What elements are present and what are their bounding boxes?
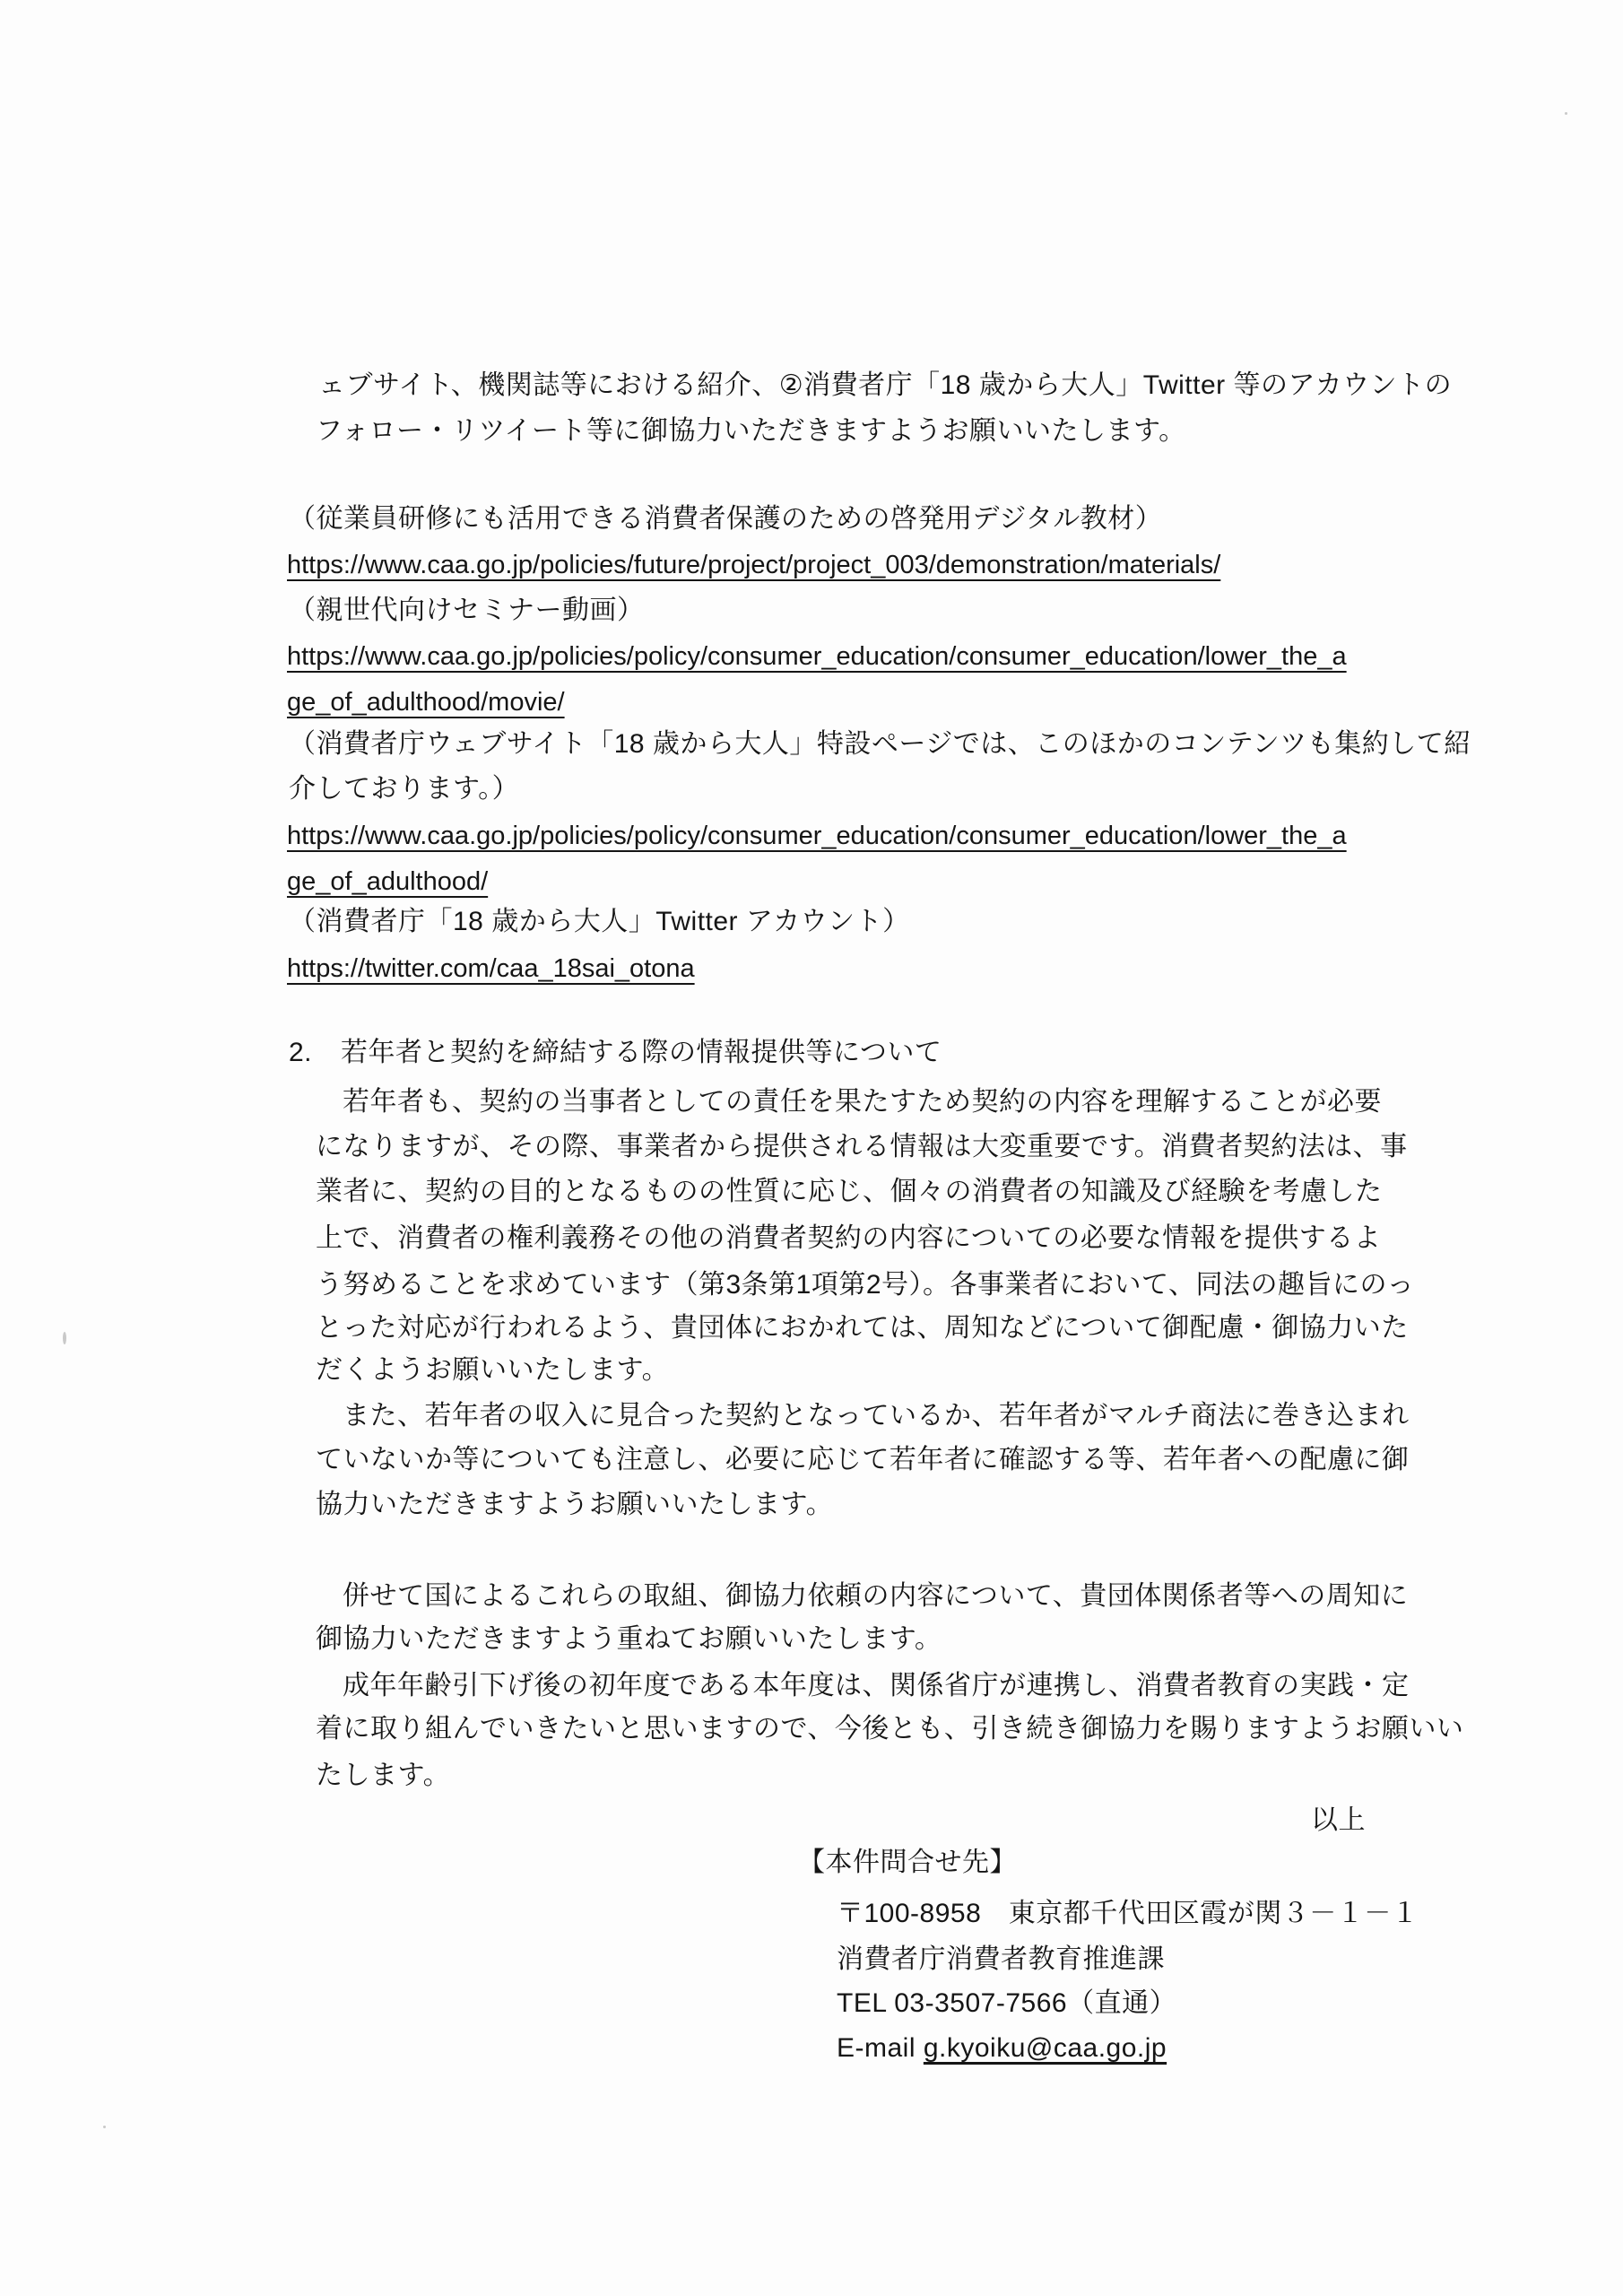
closing-line: 着に取り組んでいきたいと思いますので、今後とも、引き続き御協力を賜りますようお願…	[316, 1709, 1463, 1749]
body-line: だくようお願いいたします。	[316, 1351, 669, 1390]
contact-email-link[interactable]: g.kyoiku@caa.go.jp	[924, 2033, 1167, 2063]
resource-url-link[interactable]: ge_of_adulthood/movie/	[287, 683, 565, 722]
contact-tel: TEL 03-3507-7566（直通）	[837, 1984, 1176, 2023]
closing-line: 併せて国によるこれらの取組、御協力依頼の内容について、貴団体関係者等への周知に	[343, 1577, 1408, 1616]
body-line: 業者に、契約の目的となるものの性質に応じ、個々の消費者の知識及び経験を考慮した	[316, 1172, 1383, 1212]
scan-artifact	[1565, 112, 1567, 115]
body-line: 上で、消費者の権利義務その他の消費者契約の内容についての必要な情報を提供するよ	[316, 1219, 1381, 1258]
closing-line: 御協力いただきますよう重ねてお願いいたします。	[316, 1620, 942, 1659]
contact-department: 消費者庁消費者教育推進課	[837, 1940, 1165, 1979]
scanned-letter-page: ェブサイト、機関誌等における紹介、②消費者庁「18 歳から大人」Twitter …	[0, 0, 1623, 2296]
resource-url-link[interactable]: https://www.caa.go.jp/policies/policy/co…	[287, 816, 1347, 856]
section-number: 2.	[289, 1033, 312, 1073]
resource-label: （従業員研修にも活用できる消費者保護のための啓発用デジタル教材）	[289, 500, 1162, 539]
resource-url-link[interactable]: https://twitter.com/caa_18sai_otona	[287, 949, 695, 988]
contact-email-line: E-mail g.kyoiku@caa.go.jp	[837, 2029, 1167, 2068]
body-line: 協力いただきますようお願いいたします。	[316, 1485, 833, 1525]
resource-url-link[interactable]: ge_of_adulthood/	[287, 862, 488, 901]
closing-line: たします。	[316, 1756, 450, 1796]
contact-address: 〒100-8958 東京都千代田区霞が関３－１－１	[837, 1894, 1419, 1934]
scan-artifact	[63, 1332, 66, 1344]
resource-label: （消費者庁ウェブサイト「18 歳から大人」特設ページでは、このほかのコンテンツも…	[289, 725, 1471, 764]
resource-label: （消費者庁「18 歳から大人」Twitter アカウント）	[289, 902, 910, 942]
intro-line: フォロー・リツイート等に御協力いただきますようお願いいたします。	[316, 412, 1186, 451]
body-line: ていないか等についても注意し、必要に応じて若年者に確認する等、若年者への配慮に御	[316, 1440, 1409, 1480]
resource-label: 介しております。）	[289, 770, 519, 809]
section-title: 若年者と契約を締結する際の情報提供等について	[341, 1033, 942, 1073]
resource-url-link[interactable]: https://www.caa.go.jp/policies/policy/co…	[287, 637, 1347, 676]
closing-line: 成年年齢引下げ後の初年度である本年度は、関係省庁が連携し、消費者教育の実践・定	[343, 1666, 1410, 1706]
body-line: になりますが、その際、事業者から提供される情報は大変重要です。消費者契約法は、事	[316, 1127, 1408, 1167]
resource-label: （親世代向けセミナー動画）	[289, 591, 645, 631]
body-line: とった対応が行われるよう、貴団体におかれては、周知などについて御配慮・御協力いた	[316, 1309, 1409, 1348]
intro-line: ェブサイト、機関誌等における紹介、②消費者庁「18 歳から大人」Twitter …	[318, 366, 1452, 405]
body-line: また、若年者の収入に見合った契約となっているか、若年者がマルチ商法に巻き込まれ	[343, 1396, 1410, 1436]
scan-artifact	[103, 2126, 106, 2128]
body-line: う努めることを求めています（第3条第1項第2号）。各事業者において、同法の趣旨に…	[316, 1265, 1414, 1305]
body-line: 若年者も、契約の当事者としての責任を果たすため契約の内容を理解することが必要	[343, 1083, 1382, 1122]
contact-heading: 【本件問合せ先】	[798, 1843, 1017, 1883]
contact-email-label: E-mail	[837, 2033, 924, 2063]
sign-off: 以上	[1311, 1801, 1366, 1840]
resource-url-link[interactable]: https://www.caa.go.jp/policies/future/pr…	[287, 545, 1220, 585]
